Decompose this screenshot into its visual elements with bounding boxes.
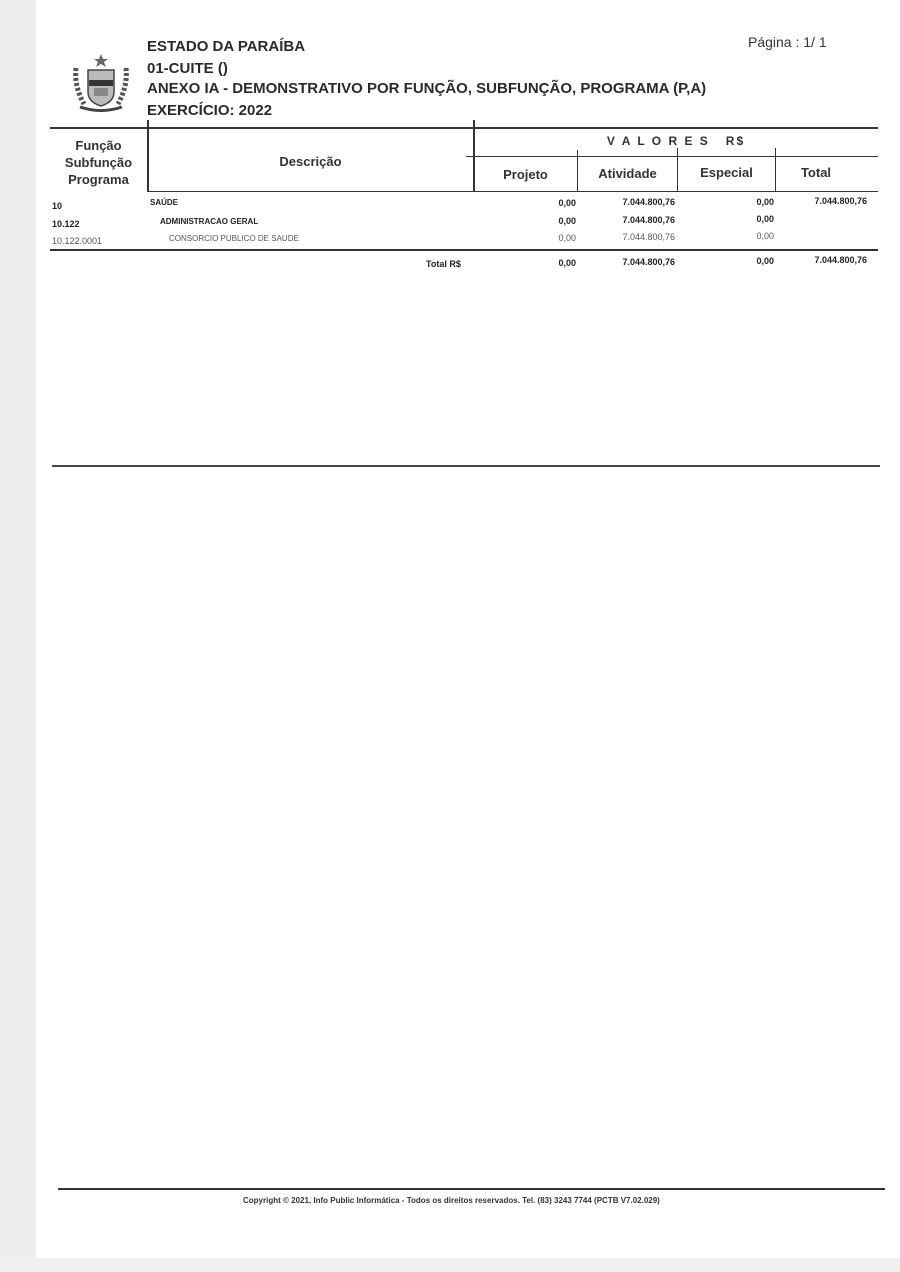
- report-title: ANEXO IA - DEMONSTRATIVO POR FUNÇÃO, SUB…: [147, 80, 706, 97]
- row-projeto: 0,00: [476, 198, 576, 208]
- entity-name: 01-CUITE (): [147, 60, 228, 77]
- header-atividade: Atividade: [578, 166, 677, 181]
- footer-rule: [58, 1188, 885, 1190]
- totals-total: 7.044.800,76: [778, 255, 867, 265]
- header-especial: Especial: [678, 165, 775, 180]
- row-atividade: 7.044.800,76: [580, 232, 675, 242]
- row-projeto: 0,00: [476, 233, 576, 243]
- row-especial: 0,00: [680, 197, 774, 207]
- row-especial: 0,00: [680, 214, 774, 224]
- coat-of-arms-icon: [72, 52, 130, 112]
- totals-rule: [50, 249, 878, 251]
- table-top-rule: [50, 127, 878, 129]
- header-subfuncao: Subfunção: [50, 154, 147, 171]
- section-divider: [52, 465, 880, 467]
- footer-copyright: Copyright © 2021, Info Public Informátic…: [243, 1196, 660, 1205]
- state-name: ESTADO DA PARAÍBA: [147, 38, 305, 55]
- totals-label: Total R$: [426, 259, 461, 269]
- totals-atividade: 7.044.800,76: [580, 257, 675, 267]
- header-valores: V A L O R E S R$: [474, 134, 878, 148]
- page-number: Página : 1/ 1: [748, 34, 827, 50]
- row-atividade: 7.044.800,76: [580, 197, 675, 207]
- header-descricao: Descrição: [148, 154, 473, 169]
- row-code: 10: [52, 201, 62, 211]
- row-code: 10.122.0001: [52, 236, 102, 246]
- scan-margin-left: [0, 0, 36, 1272]
- values-subheader-rule: [466, 156, 878, 157]
- row-description: ADMINISTRACAO GERAL: [160, 217, 258, 226]
- row-description: CONSORCIO PUBLICO DE SAUDE: [169, 234, 299, 243]
- header-bottom-rule: [148, 191, 878, 192]
- header-programa: Programa: [50, 171, 147, 188]
- header-code: Função Subfunção Programa: [50, 137, 147, 188]
- scan-margin-bottom: [0, 1258, 900, 1272]
- row-total: 7.044.800,76: [778, 196, 867, 206]
- row-projeto: 0,00: [476, 216, 576, 226]
- totals-especial: 0,00: [680, 256, 774, 266]
- header-funcao: Função: [50, 137, 147, 154]
- row-especial: 0,00: [680, 231, 774, 241]
- exercise-year: EXERCÍCIO: 2022: [147, 102, 272, 119]
- row-code: 10.122: [52, 219, 80, 229]
- totals-projeto: 0,00: [476, 258, 576, 268]
- header-projeto: Projeto: [474, 167, 577, 182]
- row-description: SAÚDE: [150, 198, 178, 207]
- header-total: Total: [776, 165, 856, 180]
- row-atividade: 7.044.800,76: [580, 215, 675, 225]
